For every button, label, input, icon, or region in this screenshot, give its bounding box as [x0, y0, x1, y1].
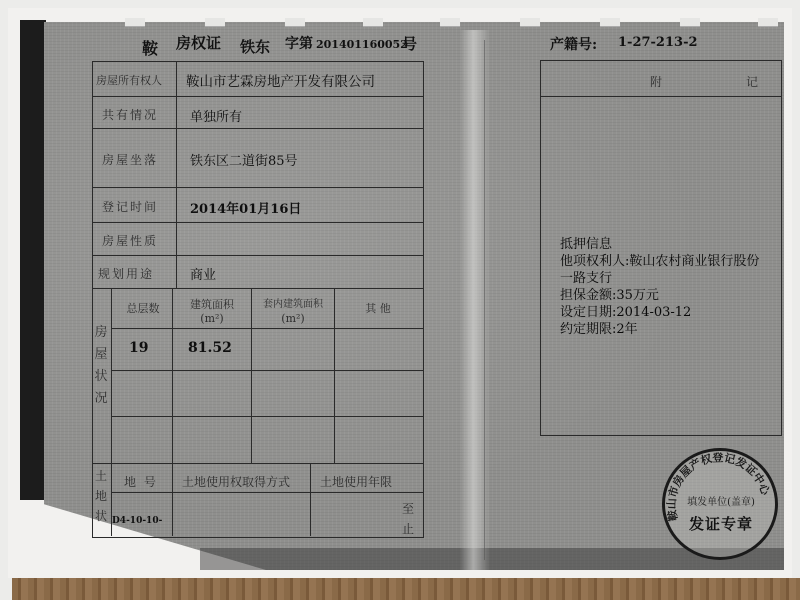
svg-text:鞍山市房屋产权登记发证中心: 鞍山市房屋产权登记发证中心	[665, 451, 773, 522]
column-divider	[172, 288, 173, 463]
col-building-area-unit: (m²)	[176, 312, 248, 325]
label-column-divider	[176, 61, 177, 288]
section-column-divider	[111, 288, 112, 536]
fold-crease	[484, 40, 485, 560]
row-divider	[111, 328, 423, 329]
col-lot-no: 地 号	[124, 473, 158, 490]
column-divider	[251, 288, 252, 463]
binding-tab	[520, 18, 540, 27]
agreed-term: 约定期限:2年	[560, 321, 759, 338]
other-right-holder-cont: 一路支行	[560, 270, 759, 287]
center-fold	[460, 30, 490, 570]
property-no-label: 产籍号:	[550, 34, 597, 54]
planned-use-value: 商业	[190, 264, 216, 283]
col-other: 其 他	[338, 302, 418, 315]
col-use-term: 土地使用年限	[320, 473, 392, 490]
col-acquire-method: 土地使用权取得方式	[182, 473, 290, 490]
building-area-value: 81.52	[188, 340, 232, 356]
lot-no-value: D4-10-10-	[112, 516, 162, 526]
registration-date-value: 2014年01月16日	[190, 198, 301, 217]
row-divider	[92, 463, 424, 464]
land-status-section-label: 土地状	[94, 466, 108, 526]
row-divider	[92, 128, 424, 129]
row-divider	[111, 492, 423, 493]
column-divider	[172, 463, 173, 536]
co-ownership-label: 共有情况	[102, 106, 158, 123]
cert-suffix: 号	[402, 33, 417, 54]
col-inner-area: 套内建筑面积	[254, 298, 332, 311]
cert-number: 201401160052	[316, 38, 408, 51]
column-divider	[334, 288, 335, 463]
binding-tab	[125, 18, 145, 27]
seal-middle-text: 填发单位(盖章)	[679, 493, 763, 508]
binding-tab	[363, 18, 383, 27]
binding-tab	[285, 18, 305, 27]
mortgage-info: 抵押信息 他项权利人:鞍山农村商业银行股份 一路支行 担保金额:35万元 设定日…	[560, 236, 759, 338]
cert-district: 铁东	[240, 36, 270, 57]
row-divider	[92, 255, 424, 256]
row-divider	[111, 370, 423, 371]
col-total-floors: 总层数	[116, 302, 170, 315]
row-divider	[92, 187, 424, 188]
owner-value: 鞍山市艺霖房地产开发有限公司	[186, 70, 375, 90]
planned-use-label: 规划用途	[98, 265, 154, 282]
term-end: 止	[402, 520, 416, 537]
row-divider	[92, 222, 424, 223]
location-value: 铁东区二道街85号	[190, 150, 298, 169]
owner-label: 房屋所有权人	[96, 72, 162, 88]
location-label: 房屋坐落	[102, 151, 158, 168]
binding-tab	[205, 18, 225, 27]
co-ownership-value: 单独所有	[190, 106, 242, 125]
cert-word-label: 字第	[285, 33, 313, 53]
row-divider	[92, 288, 424, 289]
other-right-holder: 他项权利人:鞍山农村商业银行股份	[560, 253, 759, 270]
row-divider	[111, 416, 423, 417]
total-floors-value: 19	[129, 340, 148, 356]
term-to: 至	[402, 500, 416, 517]
official-seal: 鞍山市房屋产权登记发证中心 填发单位(盖章) 发证专章	[662, 448, 778, 560]
notes-header-divider	[540, 96, 781, 97]
binding-tab	[758, 18, 778, 27]
column-divider	[310, 463, 311, 536]
property-no: 1-27-213-2	[618, 35, 698, 50]
house-nature-label: 房屋性质	[102, 232, 158, 249]
col-building-area: 建筑面积	[176, 298, 248, 311]
guarantee-amount: 担保金额:35万元	[560, 287, 759, 304]
wooden-table-surface	[12, 578, 800, 600]
binding-tab	[680, 18, 700, 27]
dark-left-edge	[20, 20, 46, 500]
row-divider	[92, 96, 424, 97]
notes-heading-attached: 附	[650, 73, 664, 90]
registration-date-label: 登记时间	[102, 198, 158, 215]
mortgage-title: 抵押信息	[560, 236, 759, 253]
seal-bottom-text: 发证专章	[677, 513, 765, 534]
house-status-section-label: 房屋状况	[94, 322, 108, 410]
cert-title: 房权证	[176, 32, 221, 53]
col-inner-area-unit: (m²)	[254, 312, 332, 325]
binding-tab	[440, 18, 460, 27]
binding-tab	[600, 18, 620, 27]
set-date: 设定日期:2014-03-12	[560, 304, 759, 321]
notes-heading-note: 记	[746, 73, 760, 90]
cert-prefix: 鞍	[142, 36, 158, 59]
